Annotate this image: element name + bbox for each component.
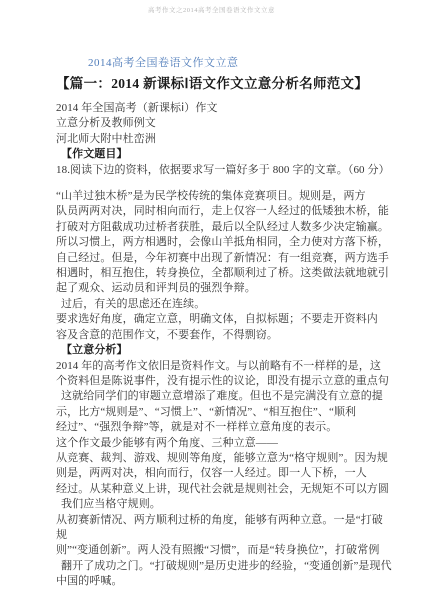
text-line: 立意分析及教师例文 [56,116,383,131]
text-line: 过后，有关的思虑还在连续。 [56,297,383,312]
text-line: 示，比方“规则是”、“习惯上”、“新情况”、“相互抱住”、“顺利 [56,405,383,420]
text-line: 队员两两对决，同时相向而行，走上仅容一人经过的低矮独木桥，能 [56,204,383,219]
text-line: 规 [56,528,383,543]
text-line: 则”“变通创新”。两人没有照搬“习惯”，而是“转身换位”，打破常例 [56,543,383,558]
text-line: 起了观众、运动员和评判员的强烈争辩。 [56,281,383,296]
text-line: 容及含意的范围作文，不要套作，不得剽窃。 [56,328,383,343]
text-line: 【立意分析】 [56,343,383,358]
text-line: 中国的呼喊。 [56,574,383,589]
document-body: 2014 年全国高考（新课标ⅰ）作文立意分析及教师例文河北师大附中杜峦洲【作文题… [56,101,383,590]
text-line: 2014 年的高考作文依旧是资料作文。与以前略有不一样样的是，这 [56,359,383,374]
text-line: 相遇时，相互抱住，转身换位，全都顺利过了桥。这类做法就地就引 [56,266,383,281]
text-line: 河北师大附中杜峦洲 [56,132,383,147]
text-line: 我们应当格守规则。 [56,497,383,512]
section-heading: 【篇一：2014 新课标Ⅰ语文作文立意分析名师范文】 [56,75,383,93]
text-line: 这个作文最少能够有两个角度、三种立意—— [56,436,383,451]
text-line: 这就给同学们的审题立意增添了难度。但也不是完满没有立意的提 [56,389,383,404]
text-line: 2014 年全国高考（新课标ⅰ）作文 [56,101,383,116]
text-line: 从初赛新情况、两方顺利过桥的角度，能够有两种立意。一是“打破 [56,513,383,528]
text-line: 【作文题目】 [56,147,383,162]
text-line: 则是，两两对决，相向而行，仅容一人经过。即一人下桥，一人 [56,466,383,481]
document-title-link[interactable]: 2014高考全国卷语文作文立意 [88,56,423,70]
text-line: 18.阅读下边的资料，依据要求写一篇好多于 800 字的文章。（60 分） [56,163,383,178]
text-line: 所以习惯上，两方相遇时，会像山羊抵角相同，全力使对方落下桥， [56,235,383,250]
text-line: 翻开了成功之门。“打破规则”是历史进步的经验，“变通创新”是现代 [56,559,383,574]
text-line: 从竞赛、裁判、游戏、规则等角度，能够立意为“格守规则”。因为规 [56,451,383,466]
text-line: 打破对方阻截成功过桥者获胜，最后以全队经过人数多少决定输赢。 [56,220,383,235]
text-line: 自己经过。但是，今年初赛中出现了新情况：有一组竞赛，两方选手 [56,251,383,266]
text-line: 经过”、“强烈争辩”等，就是对不一样样立意角度的表示。 [56,420,383,435]
text-line: “山羊过独木桥”是为民学校传统的集体竞赛项目。规则是，两方 [56,189,383,204]
text-line: 个资料但是陈说事件，没有提示性的议论，即没有提示立意的重点句 [56,374,383,389]
text-line: 经过。从某种意义上讲，现代社会就是规则社会，无规矩不可以方圆 [56,482,383,497]
document-watermark-title: 高考作文之2014高考全国卷语文作文立意 [0,6,423,15]
text-line: 要求选好角度，确定立意，明确文体，自拟标题；不要走开资料内 [56,312,383,327]
